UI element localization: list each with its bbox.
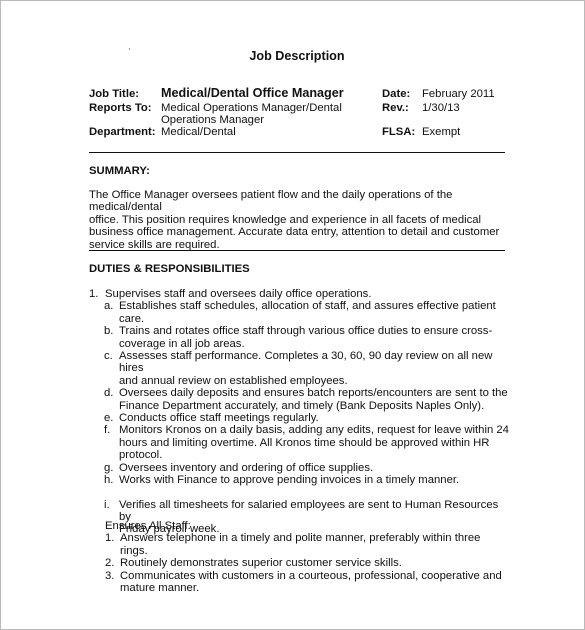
duty-subitem-line: coverage in all job areas.	[119, 338, 509, 350]
duty-subitem: h.Works with Finance to approve pending …	[89, 474, 509, 486]
divider-bottom	[89, 250, 505, 251]
duties-heading: DUTIES & RESPONSIBILITIES	[89, 263, 250, 275]
department-value: Medical/Dental	[161, 126, 236, 138]
date-value: February 2011	[422, 88, 495, 100]
list-marker: h.	[104, 474, 119, 486]
department-label: Department:	[89, 126, 156, 138]
job-title-value: Medical/Dental Office Manager	[161, 87, 344, 99]
ensures-item-line: mature manner.	[120, 582, 509, 594]
summary-paragraph: The Office Manager oversees patient flow…	[89, 189, 509, 251]
duty-subitem-line: protocol.	[119, 449, 509, 461]
list-marker: a.	[104, 300, 119, 325]
flsa-value: Exempt	[422, 126, 460, 138]
duty-subitem-line: Works with Finance to approve pending in…	[119, 474, 509, 486]
ensures-item: 1.Answers telephone in a timely and poli…	[105, 532, 509, 557]
job-title-label: Job Title:	[89, 88, 139, 100]
duties-list: 1. Supervises staff and oversees daily o…	[89, 288, 509, 536]
duty-subitem-line: Monitors Kronos on a daily basis, adding…	[119, 424, 509, 436]
reports-to-label: Reports To:	[89, 102, 152, 114]
list-marker: c.	[104, 350, 119, 387]
list-marker: g.	[104, 462, 119, 474]
duty-subitem-line: Conducts office staff meetings regularly…	[119, 412, 509, 424]
list-marker: e.	[104, 412, 119, 424]
ensures-item: 3.Communicates with customers in a court…	[105, 570, 509, 595]
duty-subitem: b.Trains and rotates office staff throug…	[89, 325, 509, 350]
list-marker: b.	[104, 325, 119, 350]
duty-subitem: e.Conducts office staff meetings regular…	[89, 412, 509, 424]
duty-subitem: a.Establishes staff schedules, allocatio…	[89, 300, 509, 325]
list-marker: 1.	[89, 288, 105, 300]
list-marker: f.	[104, 424, 119, 461]
ensures-item-line: Routinely demonstrates superior customer…	[120, 557, 509, 569]
date-label: Date:	[382, 88, 410, 100]
duty-subitem: g.Oversees inventory and ordering of off…	[89, 462, 509, 474]
ensures-heading: Ensures All Staff:	[89, 520, 509, 532]
duty-subitem-line: Trains and rotates office staff through …	[119, 325, 509, 337]
summary-line: business office management. Accurate dat…	[89, 226, 509, 238]
duty-subitem: d.Oversees daily deposits and ensures ba…	[89, 387, 509, 412]
duty-item: 1. Supervises staff and oversees daily o…	[89, 288, 509, 300]
summary-line: office. This position requires knowledge…	[89, 214, 509, 226]
duty-text: Supervises staff and oversees daily offi…	[105, 288, 509, 300]
list-marker: 2.	[105, 557, 120, 569]
reports-to-line2: Operations Manager	[161, 114, 264, 126]
list-marker: 1.	[105, 532, 120, 557]
duty-subitem-line: Oversees daily deposits and ensures batc…	[119, 387, 509, 399]
rev-value: 1/30/13	[422, 102, 460, 114]
duty-subitem-line: Establishes staff schedules, allocation …	[119, 300, 509, 325]
duty-subitem-line: Oversees inventory and ordering of offic…	[119, 462, 509, 474]
duty-subitem-line: Finance Department accurately, and timel…	[119, 400, 509, 412]
list-marker: 3.	[105, 570, 120, 595]
duty-subitem-line: hours and limiting overtime. All Kronos …	[119, 437, 509, 449]
rev-label: Rev.:	[382, 102, 409, 114]
duty-subitem: c.Assesses staff performance. Completes …	[89, 350, 509, 387]
document-page: Job Description Job Title: Medical/Denta…	[0, 0, 585, 630]
ensures-section: Ensures All Staff: 1.Answers telephone i…	[89, 520, 509, 594]
summary-line: The Office Manager oversees patient flow…	[89, 189, 509, 214]
ensures-item-line: Communicates with customers in a courteo…	[120, 570, 509, 582]
summary-heading: SUMMARY:	[89, 165, 150, 177]
divider-top	[89, 152, 505, 153]
reports-to-line1: Medical Operations Manager/Dental	[161, 102, 342, 114]
ensures-item: 2.Routinely demonstrates superior custom…	[105, 557, 509, 569]
duty-subitem: f.Monitors Kronos on a daily basis, addi…	[89, 424, 509, 461]
flsa-label: FLSA:	[382, 126, 415, 138]
list-marker: d.	[104, 387, 119, 412]
document-title: Job Description	[89, 50, 505, 62]
duty-subitem-line: and annual review on established employe…	[119, 375, 509, 387]
duty-subitem-line: Assesses staff performance. Completes a …	[119, 350, 509, 375]
ensures-item-line: Answers telephone in a timely and polite…	[120, 532, 509, 557]
